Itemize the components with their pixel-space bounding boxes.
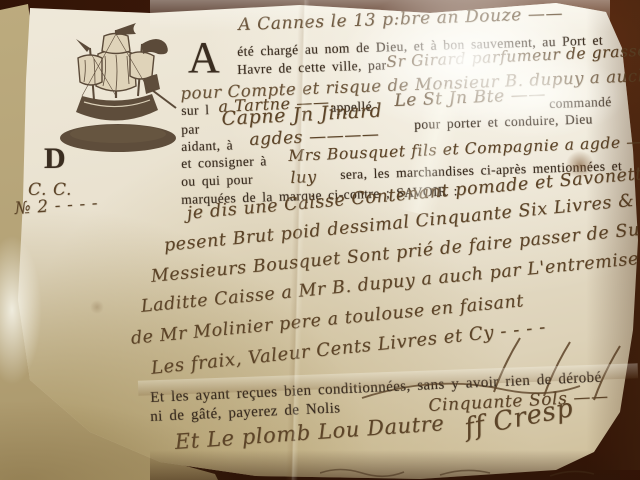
glare-highlight-secondary [440, 50, 630, 140]
glare-highlight-main [330, 0, 600, 140]
glare-streak [397, 82, 467, 218]
right-edge-shadow [586, 0, 640, 470]
document-photo: D C. C. № 2 - - - - A Cannes le 13 p:bre… [0, 0, 640, 480]
bottom-edge-shadow [150, 450, 620, 480]
vertical-crease [286, 0, 311, 480]
stain-spot [566, 150, 594, 180]
horizontal-crease [138, 363, 638, 395]
stain-speck [90, 300, 104, 314]
bottom-left-shadow [0, 400, 240, 480]
glare-top-band [150, 0, 610, 32]
glare-left-edge [0, 235, 42, 385]
